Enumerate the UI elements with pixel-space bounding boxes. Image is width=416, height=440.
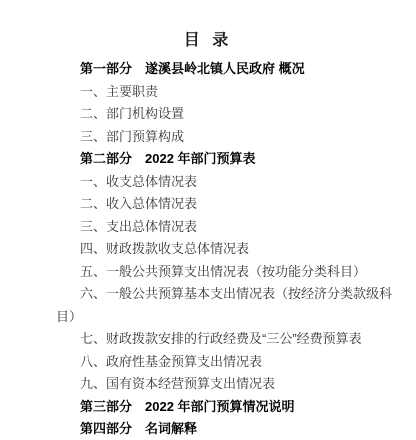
toc-part-heading-1: 第一部分 遂溪县岭北镇人民政府 概况 — [56, 58, 402, 81]
toc-item: 九、国有资本经营预算支出情况表 — [56, 373, 402, 396]
toc-part-heading-2: 第二部分 2022 年部门预算表 — [56, 148, 402, 171]
toc-item: 五、一般公共预算支出情况表（按功能分类科目） — [56, 261, 402, 284]
table-of-contents: 第一部分 遂溪县岭北镇人民政府 概况 一、主要职责 二、部门机构设置 三、部门预… — [0, 58, 416, 440]
toc-item: 二、部门机构设置 — [56, 103, 402, 126]
toc-item: 四、财政拨款收支总体情况表 — [56, 238, 402, 261]
toc-part-heading-4: 第四部分 名词解释 — [56, 418, 402, 440]
toc-item: 一、主要职责 — [56, 81, 402, 104]
toc-item: 七、财政拨款安排的行政经费及“三公”经费预算表 — [56, 328, 402, 351]
toc-part-heading-3: 第三部分 2022 年部门预算情况说明 — [56, 396, 402, 419]
toc-item: 三、支出总体情况表 — [56, 216, 402, 239]
toc-item: 六、一般公共预算基本支出情况表（按经济分类款级科 — [56, 283, 402, 306]
toc-item: 八、政府性基金预算支出情况表 — [56, 351, 402, 374]
document-page: 目 录 第一部分 遂溪县岭北镇人民政府 概况 一、主要职责 二、部门机构设置 三… — [0, 0, 416, 440]
page-title: 目 录 — [0, 31, 416, 51]
toc-item: 三、部门预算构成 — [56, 126, 402, 149]
toc-item-continuation: 目） — [56, 306, 402, 329]
toc-item: 一、收支总体情况表 — [56, 171, 402, 194]
toc-item: 二、收入总体情况表 — [56, 193, 402, 216]
